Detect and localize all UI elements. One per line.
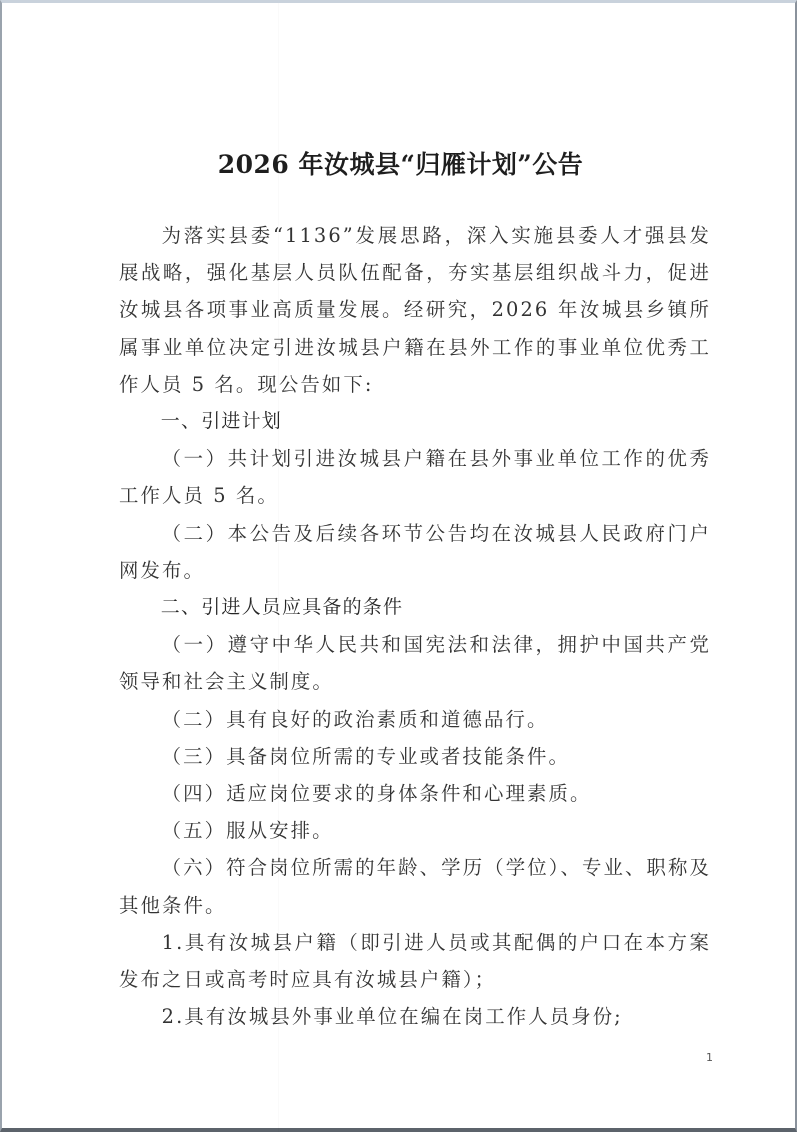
condition-item-3: （三）具备岗位所需的专业或者技能条件。 <box>119 738 711 775</box>
section-heading-introduction-plan: 一、引进计划 <box>119 403 711 440</box>
condition-subitem-1: 1.具有汝城县户籍（即引进人员或其配偶的户口在本方案发布之日或高考时应具有汝城县… <box>119 924 711 998</box>
intro-paragraph: 为落实县委“1136”发展思路，深入实施县委人才强县发展战略，强化基层人员队伍配… <box>119 217 711 403</box>
condition-item-5: （五）服从安排。 <box>119 812 711 849</box>
document-page: 2026 年汝城县“归雁计划”公告 为落实县委“1136”发展思路，深入实施县委… <box>0 0 797 1132</box>
condition-item-6: （六）符合岗位所需的年龄、学历（学位）、专业、职称及其他条件。 <box>119 849 711 923</box>
plan-item-1: （一）共计划引进汝城县户籍在县外事业单位工作的优秀工作人员 5 名。 <box>119 440 711 514</box>
condition-item-1: （一）遵守中华人民共和国宪法和法律，拥护中国共产党领导和社会主义制度。 <box>119 626 711 700</box>
page-number: 1 <box>706 1051 713 1064</box>
condition-item-4: （四）适应岗位要求的身体条件和心理素质。 <box>119 775 711 812</box>
plan-item-2: （二）本公告及后续各环节公告均在汝城县人民政府门户网发布。 <box>119 515 711 589</box>
document-title: 2026 年汝城县“归雁计划”公告 <box>2 145 797 181</box>
condition-subitem-2: 2.具有汝城县外事业单位在编在岗工作人员身份; <box>119 998 711 1035</box>
condition-item-2: （二）具有良好的政治素质和道德品行。 <box>119 701 711 738</box>
document-body: 为落实县委“1136”发展思路，深入实施县委人才强县发展战略，强化基层人员队伍配… <box>119 217 711 1035</box>
section-heading-conditions: 二、引进人员应具备的条件 <box>119 589 711 626</box>
